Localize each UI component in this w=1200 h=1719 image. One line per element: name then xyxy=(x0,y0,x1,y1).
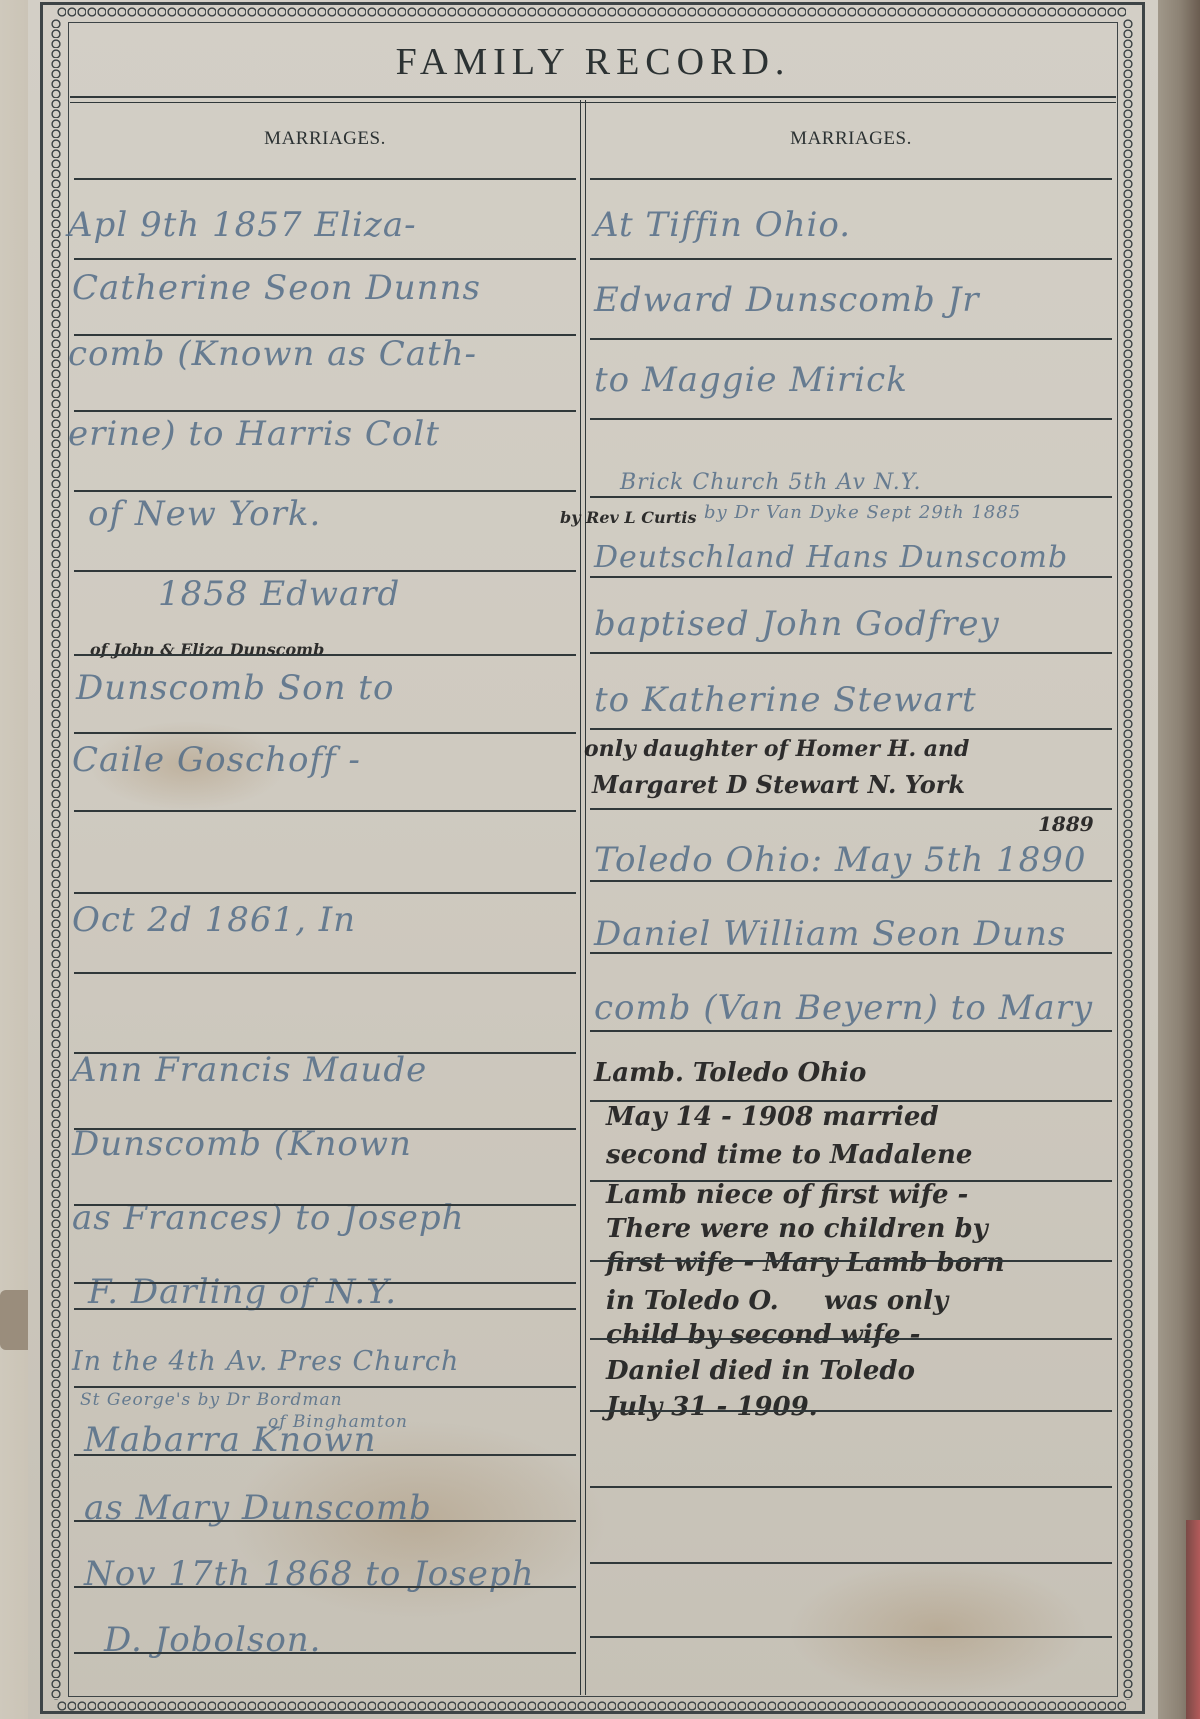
entry-line: F. Darling of N.Y. xyxy=(88,1272,397,1312)
column-divider xyxy=(580,100,586,1695)
entry-line: Ann Francis Maude xyxy=(72,1050,427,1090)
header-rule-right xyxy=(590,178,1112,180)
ruled-line xyxy=(590,258,1112,260)
ruled-line xyxy=(74,1386,576,1388)
entry-line: Apl 9th 1857 Eliza- xyxy=(68,205,417,245)
ruled-line xyxy=(74,1128,576,1130)
entry-line: Dunscomb (Known xyxy=(72,1124,412,1164)
entry-line: Brick Church 5th Av N.Y. xyxy=(620,470,921,495)
ruled-line xyxy=(74,1586,576,1588)
entry-line: May 14 - 1908 married xyxy=(606,1102,939,1132)
ruled-line xyxy=(590,1100,1112,1102)
annotation-line: by Dr Van Dyke Sept 29th 1885 xyxy=(704,502,1021,523)
header-rule-left xyxy=(74,178,576,180)
ruled-line xyxy=(590,728,1112,730)
entry-line: Dunscomb Son to xyxy=(76,668,394,708)
ruled-line xyxy=(74,258,576,260)
ruled-line xyxy=(74,1052,576,1054)
entry-line: second time to Madalene xyxy=(606,1140,972,1170)
entry-line: as Mary Dunscomb xyxy=(84,1488,432,1528)
entry-line: Catherine Seon Dunns xyxy=(72,268,481,308)
ruled-line xyxy=(590,952,1112,954)
annotation-line: of John & Eliza Dunscomb xyxy=(90,640,324,659)
title-rule-thin xyxy=(70,102,1116,103)
entry-line: 1858 Edward xyxy=(158,574,400,614)
family-record-page: FAMILY RECORD. MARRIAGES. MARRIAGES. Apl… xyxy=(28,0,1158,1719)
ruled-line xyxy=(74,1454,576,1456)
book-cover-edge xyxy=(1186,1520,1200,1719)
entry-line: Daniel died in Toledo xyxy=(606,1356,915,1386)
entry-line: Lamb. Toledo Ohio xyxy=(594,1058,866,1088)
entry-line: Deutschland Hans Dunscomb xyxy=(594,540,1068,575)
ruled-line xyxy=(590,1636,1112,1638)
ruled-line xyxy=(74,410,576,412)
ruled-line xyxy=(590,1410,1112,1412)
ruled-line xyxy=(590,1486,1112,1488)
entry-line: to Maggie Mirick xyxy=(594,360,908,400)
entry-line: In the 4th Av. Pres Church xyxy=(72,1346,459,1377)
entry-line: comb (Known as Cath- xyxy=(68,334,477,374)
left-column-header: MARRIAGES. xyxy=(70,128,580,150)
ruled-line xyxy=(590,576,1112,578)
ruled-line xyxy=(590,1260,1112,1262)
title-rule xyxy=(70,96,1116,98)
ruled-line xyxy=(74,810,576,812)
entry-line: Margaret D Stewart N. York xyxy=(592,770,965,799)
right-column-header: MARRIAGES. xyxy=(586,128,1116,150)
entry-line: Daniel William Seon Duns xyxy=(594,914,1066,954)
ruled-line xyxy=(74,892,576,894)
entry-line: of New York. xyxy=(88,494,321,534)
entry-line: Oct 2d 1861, In xyxy=(72,900,356,940)
ruled-line xyxy=(590,496,1112,498)
annotation-line: by Rev L Curtis xyxy=(560,508,697,527)
entry-line: to Katherine Stewart xyxy=(594,680,977,720)
ruled-line xyxy=(74,490,576,492)
ruled-line xyxy=(74,972,576,974)
ruled-line xyxy=(74,1520,576,1522)
ruled-line xyxy=(590,418,1112,420)
ruled-line xyxy=(590,880,1112,882)
ruled-line xyxy=(590,338,1112,340)
ruled-line xyxy=(590,808,1112,810)
entry-line: comb (Van Beyern) to Mary xyxy=(594,988,1093,1028)
ruled-line xyxy=(74,1282,576,1284)
entry-line: Nov 17th 1868 to Joseph xyxy=(84,1554,534,1594)
annotation-line: St George's by Dr Bordman xyxy=(80,1390,343,1410)
ruled-line xyxy=(74,1204,576,1206)
entry-line: first wife - Mary Lamb born xyxy=(606,1248,1005,1278)
ruled-line xyxy=(74,732,576,734)
ruled-line xyxy=(74,570,576,572)
ruled-line xyxy=(74,334,576,336)
entry-line: Toledo Ohio: May 5th 1890 xyxy=(594,840,1087,880)
chain-border-bottom xyxy=(56,1700,1126,1712)
chain-border-right xyxy=(1122,18,1134,1700)
ruled-line xyxy=(590,1562,1112,1564)
entry-line: Caile Goschoff - xyxy=(72,740,361,780)
chain-border-top xyxy=(56,6,1126,18)
entry-line: D. Jobolson. xyxy=(104,1620,322,1660)
entry-line: only daughter of Homer H. and xyxy=(584,736,969,762)
page-title: FAMILY RECORD. xyxy=(28,40,1158,84)
entry-line: baptised John Godfrey xyxy=(594,604,1000,644)
ruled-line xyxy=(74,654,576,656)
ruled-line xyxy=(590,1338,1112,1340)
entry-line: erine) to Harris Colt xyxy=(68,414,440,454)
entry-line: Lamb niece of first wife - xyxy=(606,1180,968,1210)
entry-line: in Toledo O. was only xyxy=(606,1286,948,1316)
entry-line: Edward Dunscomb Jr xyxy=(594,280,980,320)
annotation-year: 1889 xyxy=(1038,812,1094,836)
ruled-line xyxy=(590,652,1112,654)
ruled-line xyxy=(590,1030,1112,1032)
entry-line: child by second wife - xyxy=(606,1320,920,1350)
ruled-line xyxy=(74,1652,576,1654)
entry-line: At Tiffin Ohio. xyxy=(594,205,851,245)
ruled-line xyxy=(590,1180,1112,1182)
entry-line: July 31 - 1909. xyxy=(606,1392,818,1422)
entry-line: There were no children by xyxy=(606,1214,988,1244)
chain-border-left xyxy=(50,18,62,1700)
ruled-line xyxy=(74,1308,576,1310)
